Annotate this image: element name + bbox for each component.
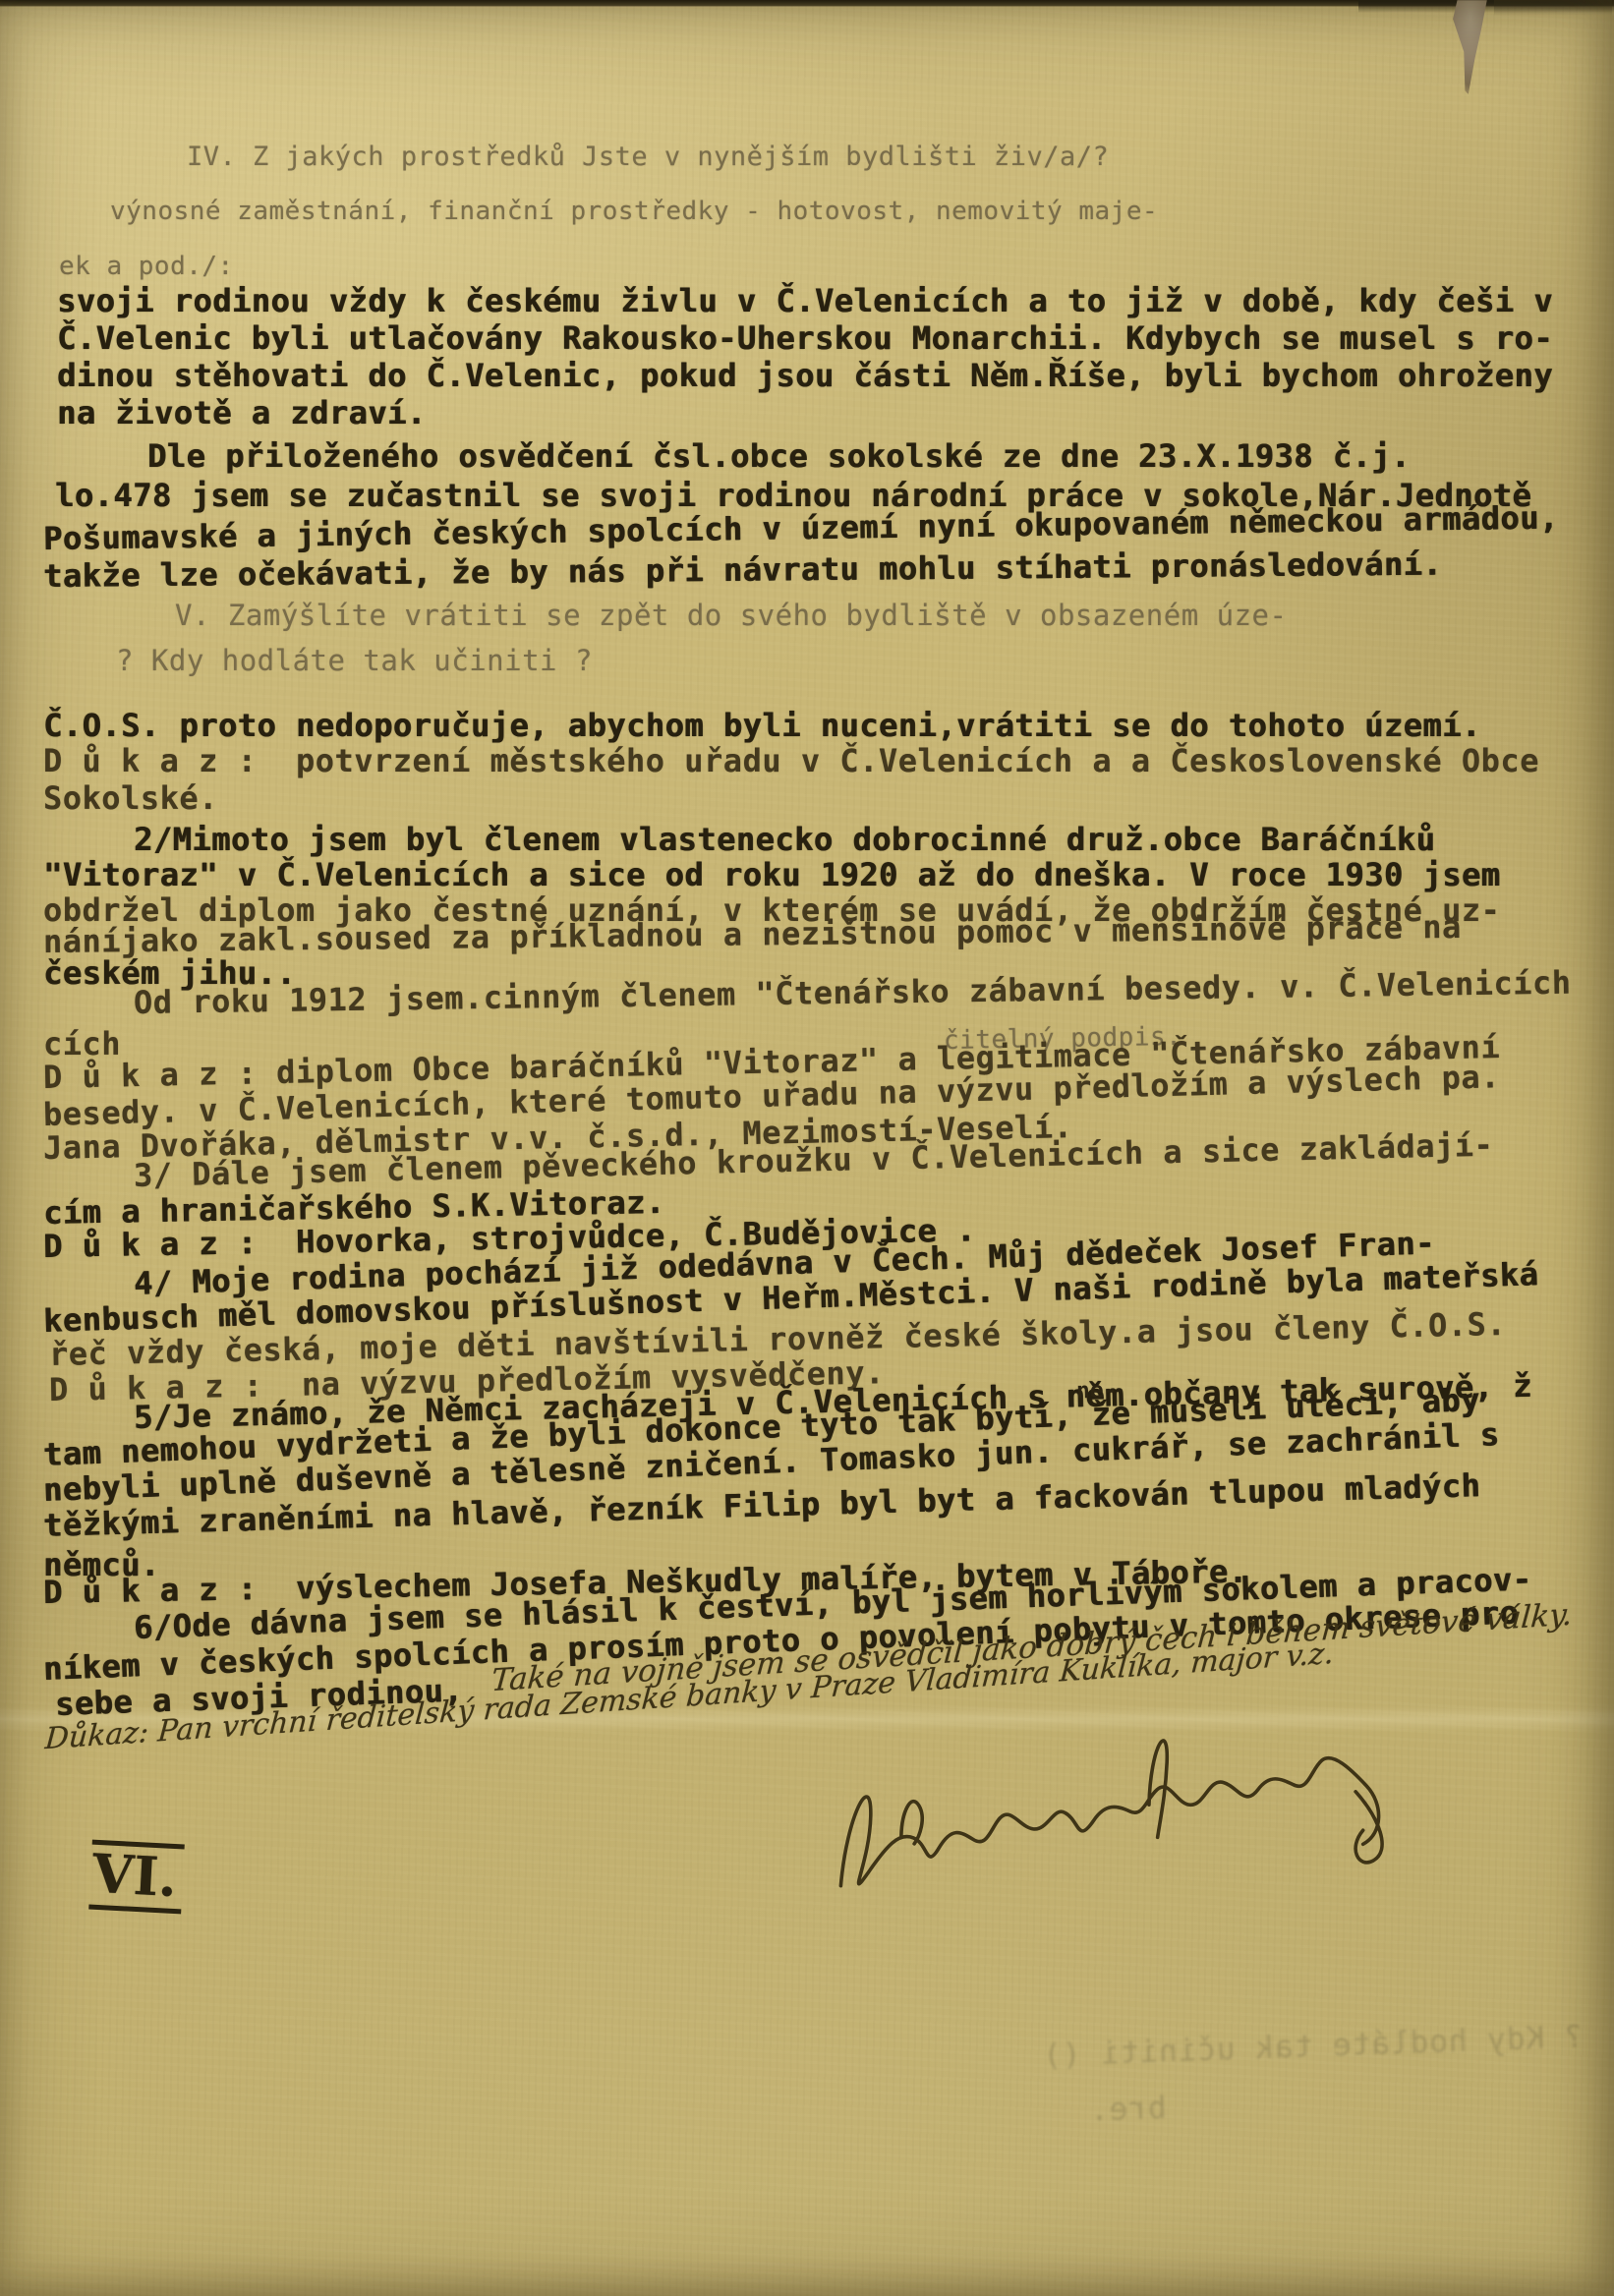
typed-line: ? Kdy hodláte tak učiniti ? xyxy=(116,647,593,675)
typed-line: Dle přiloženého osvědčení čsl.obce sokol… xyxy=(147,440,1411,472)
paper-tear-shadow xyxy=(1494,0,1612,16)
section-mark-vi: VI. xyxy=(88,1840,185,1915)
typed-line: ek a pod./: xyxy=(59,254,234,279)
typed-line: svoji rodinou vždy k českému živlu v Č.V… xyxy=(57,285,1553,316)
bleedthrough-text: ? Kdy hodláte tak učiniti () xyxy=(1042,2019,1585,2073)
typed-line: IV. Z jakých prostředků Jste v nynějším … xyxy=(187,143,1109,170)
typed-line: dinou stěhovati do Č.Velenic, pokud jsou… xyxy=(57,360,1553,391)
paper-tear xyxy=(1443,0,1498,94)
typed-line: takže lze očekávati, že by nás při návra… xyxy=(43,548,1442,592)
typed-line: cích xyxy=(43,1028,121,1060)
typed-line: výnosné zaměstnání, finanční prostředky … xyxy=(110,199,1158,224)
typed-line: Č.O.S. proto nedoporučuje, abychom byli … xyxy=(43,710,1481,741)
document-page: IV. Z jakých prostředků Jste v nynějším … xyxy=(0,0,1614,2296)
bleedthrough-text: bre. xyxy=(1088,2091,1167,2129)
typed-line: Od roku 1912 jsem.cinným členem "Čtenářs… xyxy=(134,967,1572,1018)
typed-line: D ů k a z : potvrzení městského uřadu v … xyxy=(43,745,1539,776)
typed-line: Č.Velenic byli utlačovány Rakousko-Uhers… xyxy=(57,322,1553,354)
typed-line: 2/Mimoto jsem byl členem vlastenecko dob… xyxy=(134,824,1435,855)
typed-line: na životě a zdraví. xyxy=(57,397,427,429)
typed-line: "Vitoraz" v Č.Velenicích a sice od roku … xyxy=(43,859,1500,890)
typed-line: V. Zamýšlíte vrátiti se zpět do svého by… xyxy=(175,602,1287,630)
typed-line: Sokolské. xyxy=(43,782,218,814)
